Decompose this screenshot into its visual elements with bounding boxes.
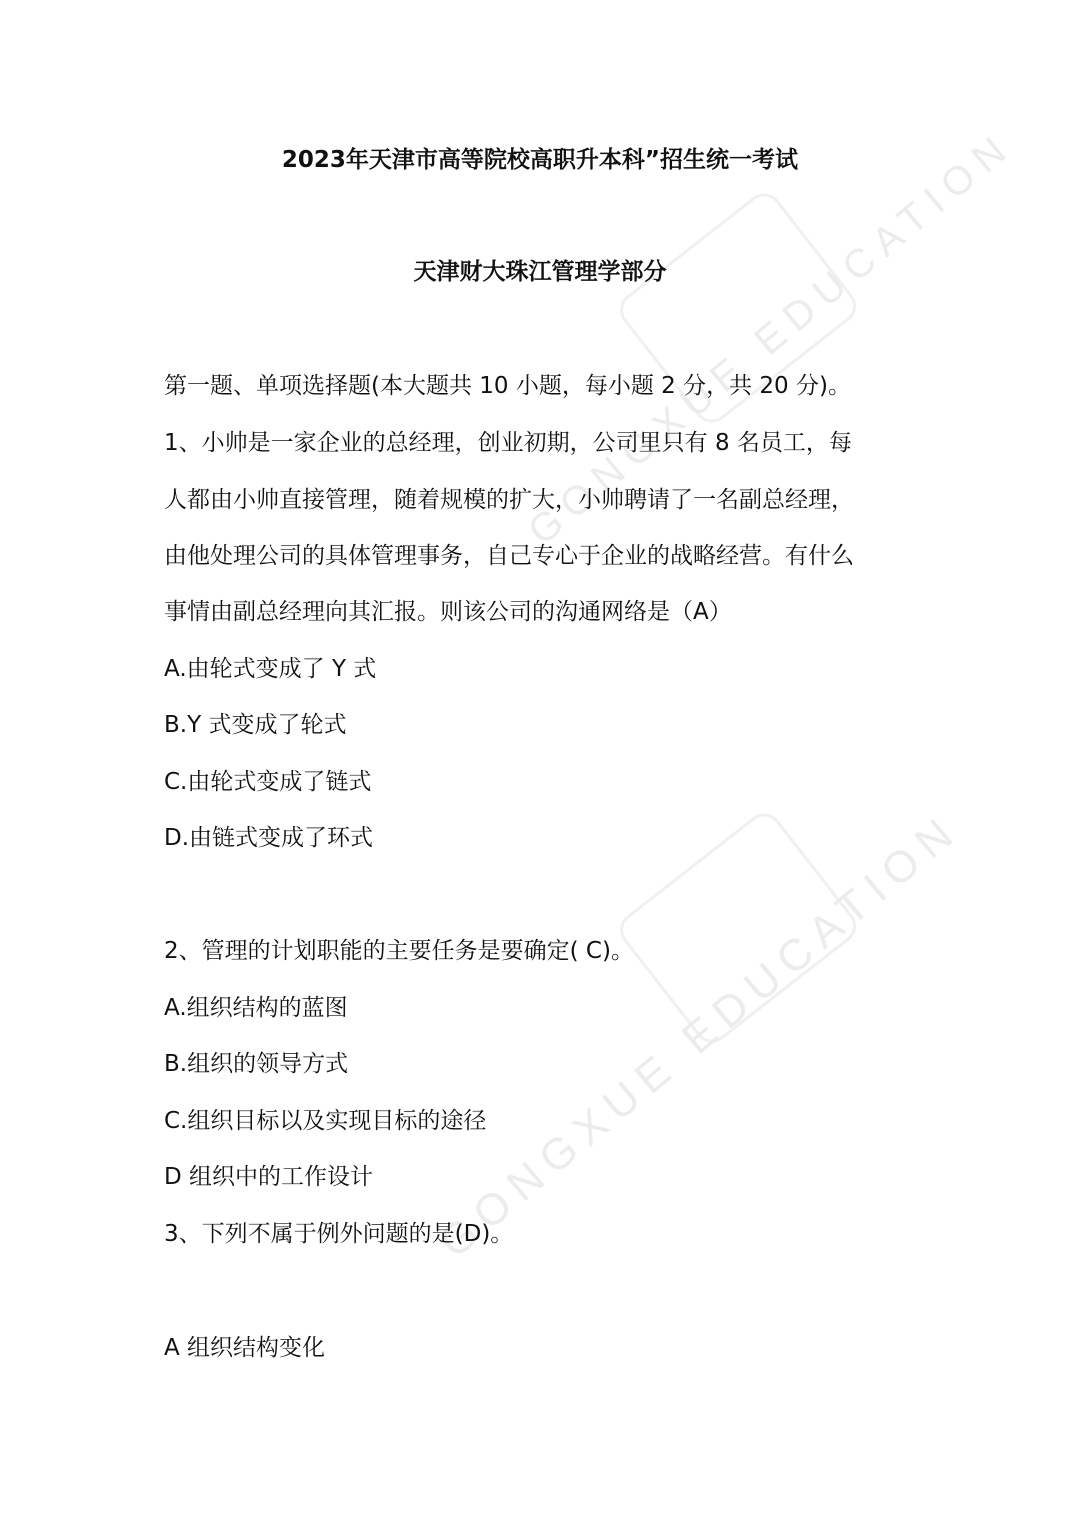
- question-stem-line: 3、下列不属于例外问题的是(D)。: [164, 1219, 513, 1249]
- question-stem-line: 1、小帅是一家企业的总经理，创业初期，公司里只有 8 名员工，每: [164, 428, 852, 458]
- section-header: 第一题、单项选择题(本大题共 10 小题，每小题 2 分，共 20 分)。: [164, 371, 851, 401]
- option-b: B.Y 式变成了轮式: [164, 710, 346, 740]
- question-stem-line: 2、管理的计划职能的主要任务是要确定( C)。: [164, 936, 634, 966]
- question-stem-line: 事情由副总经理向其汇报。则该公司的沟通网络是（A）: [164, 597, 732, 627]
- option-a: A 组织结构变化: [164, 1333, 325, 1363]
- question-stem-line: 由他处理公司的具体管理事务，自己专心于企业的战略经营。有什么: [164, 541, 854, 571]
- watermark-seal: [613, 806, 863, 1050]
- watermark-text: GONGXUE EDUCATION: [430, 804, 970, 1268]
- document-page: GONGXUE EDUCATION GONGXUE EDUCATION 2023…: [0, 0, 1080, 1527]
- option-a: A.组织结构的蓝图: [164, 993, 348, 1023]
- document-title: 2023年天津市高等院校高职升本科”招生统一考试: [0, 145, 1080, 175]
- question-stem-line: 人都由小帅直接管理，随着规模的扩大，小帅聘请了一名副总经理，: [164, 485, 854, 515]
- document-subtitle: 天津财大珠江管理学部分: [0, 257, 1080, 287]
- option-d: D.由链式变成了环式: [164, 823, 373, 853]
- option-b: B.组织的领导方式: [164, 1049, 348, 1079]
- option-c: C.由轮式变成了链式: [164, 767, 371, 797]
- option-a: A.由轮式变成了 Y 式: [164, 654, 376, 684]
- option-d: D 组织中的工作设计: [164, 1162, 373, 1192]
- option-c: C.组织目标以及实现目标的途径: [164, 1106, 486, 1136]
